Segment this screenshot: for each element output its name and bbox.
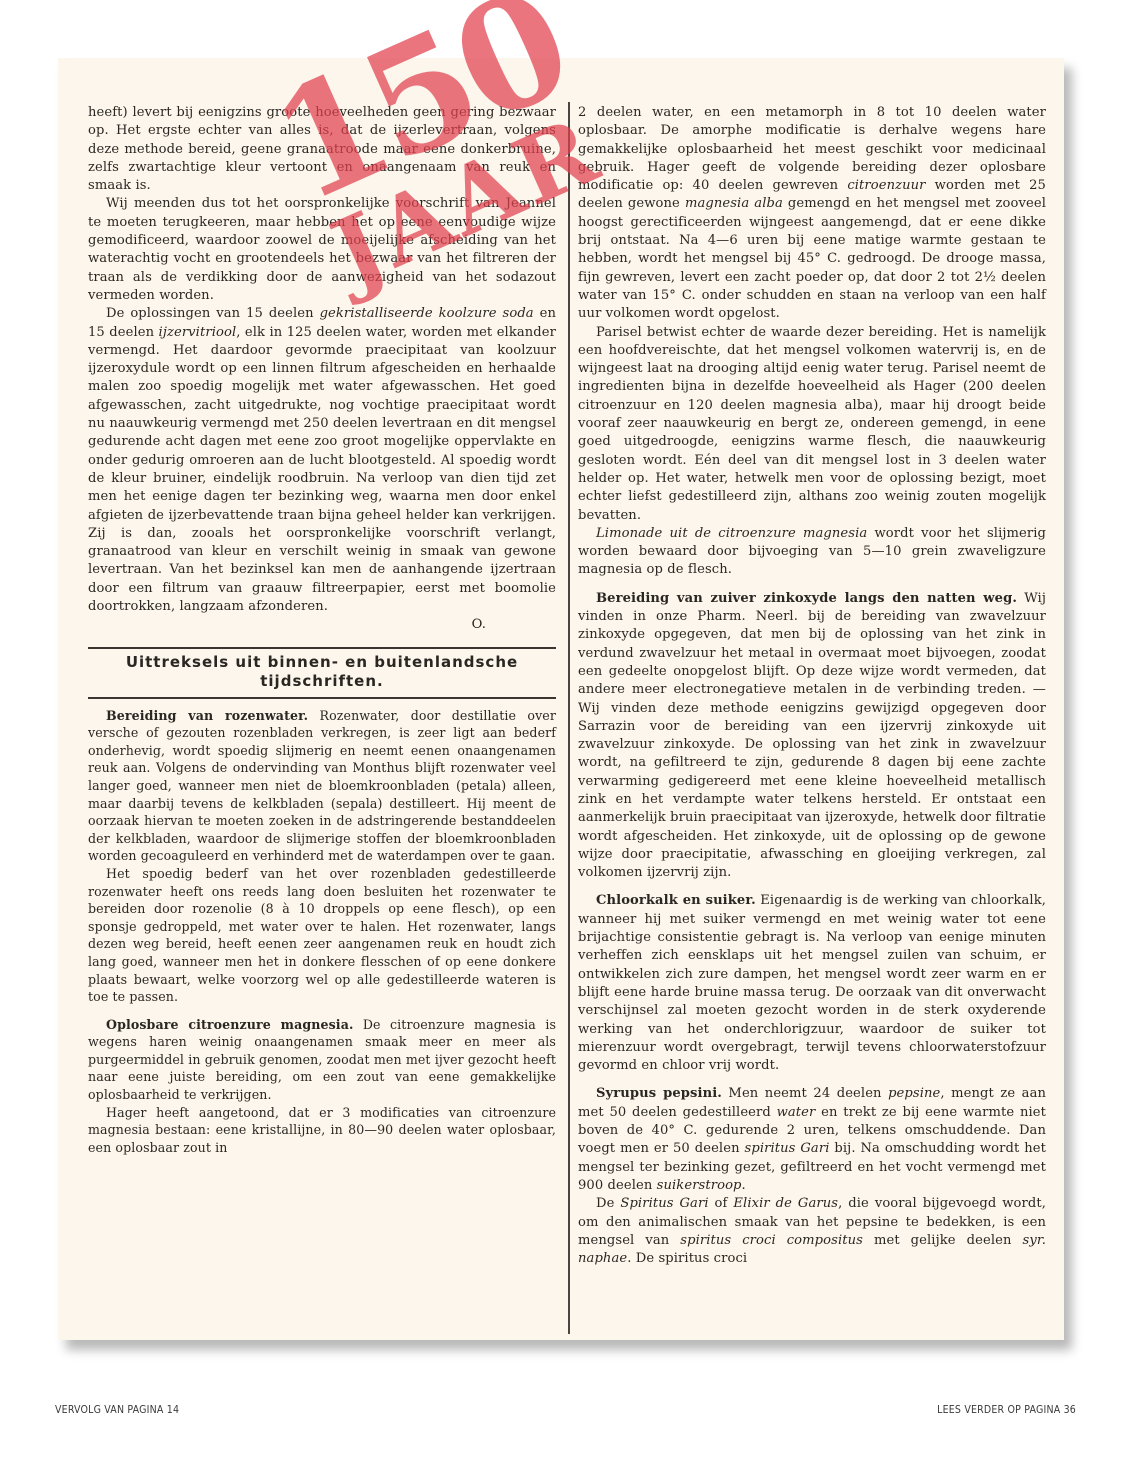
paragraph: heeft) levert bij eenigzins groote hoeve… (88, 104, 556, 195)
section-heading: Uittreksels uit binnen- en buitenlandsch… (88, 647, 556, 699)
italic-term: ijzervitriool (159, 325, 237, 340)
left-column: heeft) levert bij eenigzins groote hoeve… (88, 104, 556, 1156)
article-rozenwater: Bereiding van rozenwater. Rozenwater, do… (88, 707, 556, 865)
scanned-page: heeft) levert bij eenigzins groote hoeve… (58, 58, 1064, 1340)
article-syrupus: Syrupus pepsini. Men neemt 24 deelen pep… (578, 1085, 1046, 1195)
footer-continue-on: LEES VERDER OP PAGINA 36 (937, 1404, 1076, 1416)
text: De (596, 1196, 620, 1211)
article-chloorkalk: Chloorkalk en suiker. Eigenaardig is de … (578, 892, 1046, 1075)
text: De oplossingen van 15 deelen (106, 306, 320, 321)
italic-term: gekristalliseerde koolzure soda (320, 306, 534, 321)
italic-term: spiritus Gari (745, 1141, 830, 1156)
paragraph: 2 deelen water, en een metamorph in 8 to… (578, 104, 1046, 324)
right-column: 2 deelen water, en een metamorph in 8 to… (578, 104, 1046, 1268)
author-signature: O. (88, 616, 556, 634)
text: . De spiritus croci (627, 1251, 747, 1266)
italic-term: Elixir de Garus (733, 1196, 838, 1211)
text: gemengd en het mengsel met zooveel hoogs… (578, 196, 1046, 321)
italic-term: citroenzuur (847, 178, 925, 193)
italic-term: Spiritus Gari (620, 1196, 708, 1211)
paragraph: Parisel betwist echter de waarde dezer b… (578, 324, 1046, 525)
paragraph-oplossingen: De oplossingen van 15 deelen gekristalli… (88, 305, 556, 616)
paragraph: Hager heeft aangetoond, dat er 3 modific… (88, 1104, 556, 1157)
text: . (742, 1178, 746, 1193)
paragraph: De Spiritus Gari of Elixir de Garus, die… (578, 1195, 1046, 1268)
italic-term: magnesia alba (685, 196, 783, 211)
text: Eigenaardig is de werking van chloorkalk… (578, 893, 1046, 1073)
italic-term: water (777, 1105, 816, 1120)
article-title: Syrupus pepsini. (596, 1086, 722, 1101)
paragraph: Wij meenden dus tot het oorspronkelijke … (88, 195, 556, 305)
text: Men neemt 24 deelen (722, 1086, 888, 1101)
text: met gelijke deelen (863, 1233, 1023, 1248)
text: Rozenwater, door destillatie over versch… (88, 708, 556, 864)
text: of (709, 1196, 734, 1211)
italic-term: spiritus croci compositus (680, 1233, 863, 1248)
footer-continued-from: VERVOLG VAN PAGINA 14 (55, 1404, 179, 1416)
article-title: Chloorkalk en suiker. (596, 893, 756, 908)
paragraph: Limonade uit de citroenzure magnesia wor… (578, 525, 1046, 580)
article-magnesia: Oplosbare citroenzure magnesia. De citro… (88, 1016, 556, 1104)
paragraph: Het spoedig bederf van het over rozenbla… (88, 865, 556, 1006)
italic-term: Limonade uit de citroenzure magnesia (596, 526, 867, 541)
article-title: Bereiding van zuiver zinkoxyde langs den… (596, 591, 1017, 606)
article-zinkoxyde: Bereiding van zuiver zinkoxyde langs den… (578, 590, 1046, 883)
italic-term: suikerstroop (657, 1178, 742, 1193)
article-title: Bereiding van rozenwater. (106, 708, 308, 723)
text: Wij vinden in onze Pharm. Neerl. bij de … (578, 591, 1046, 880)
text: , elk in 125 deelen water, worden met el… (88, 325, 556, 614)
article-title: Oplosbare citroenzure magnesia. (106, 1017, 353, 1032)
italic-term: pepsine (888, 1086, 940, 1101)
column-divider (568, 102, 570, 1334)
